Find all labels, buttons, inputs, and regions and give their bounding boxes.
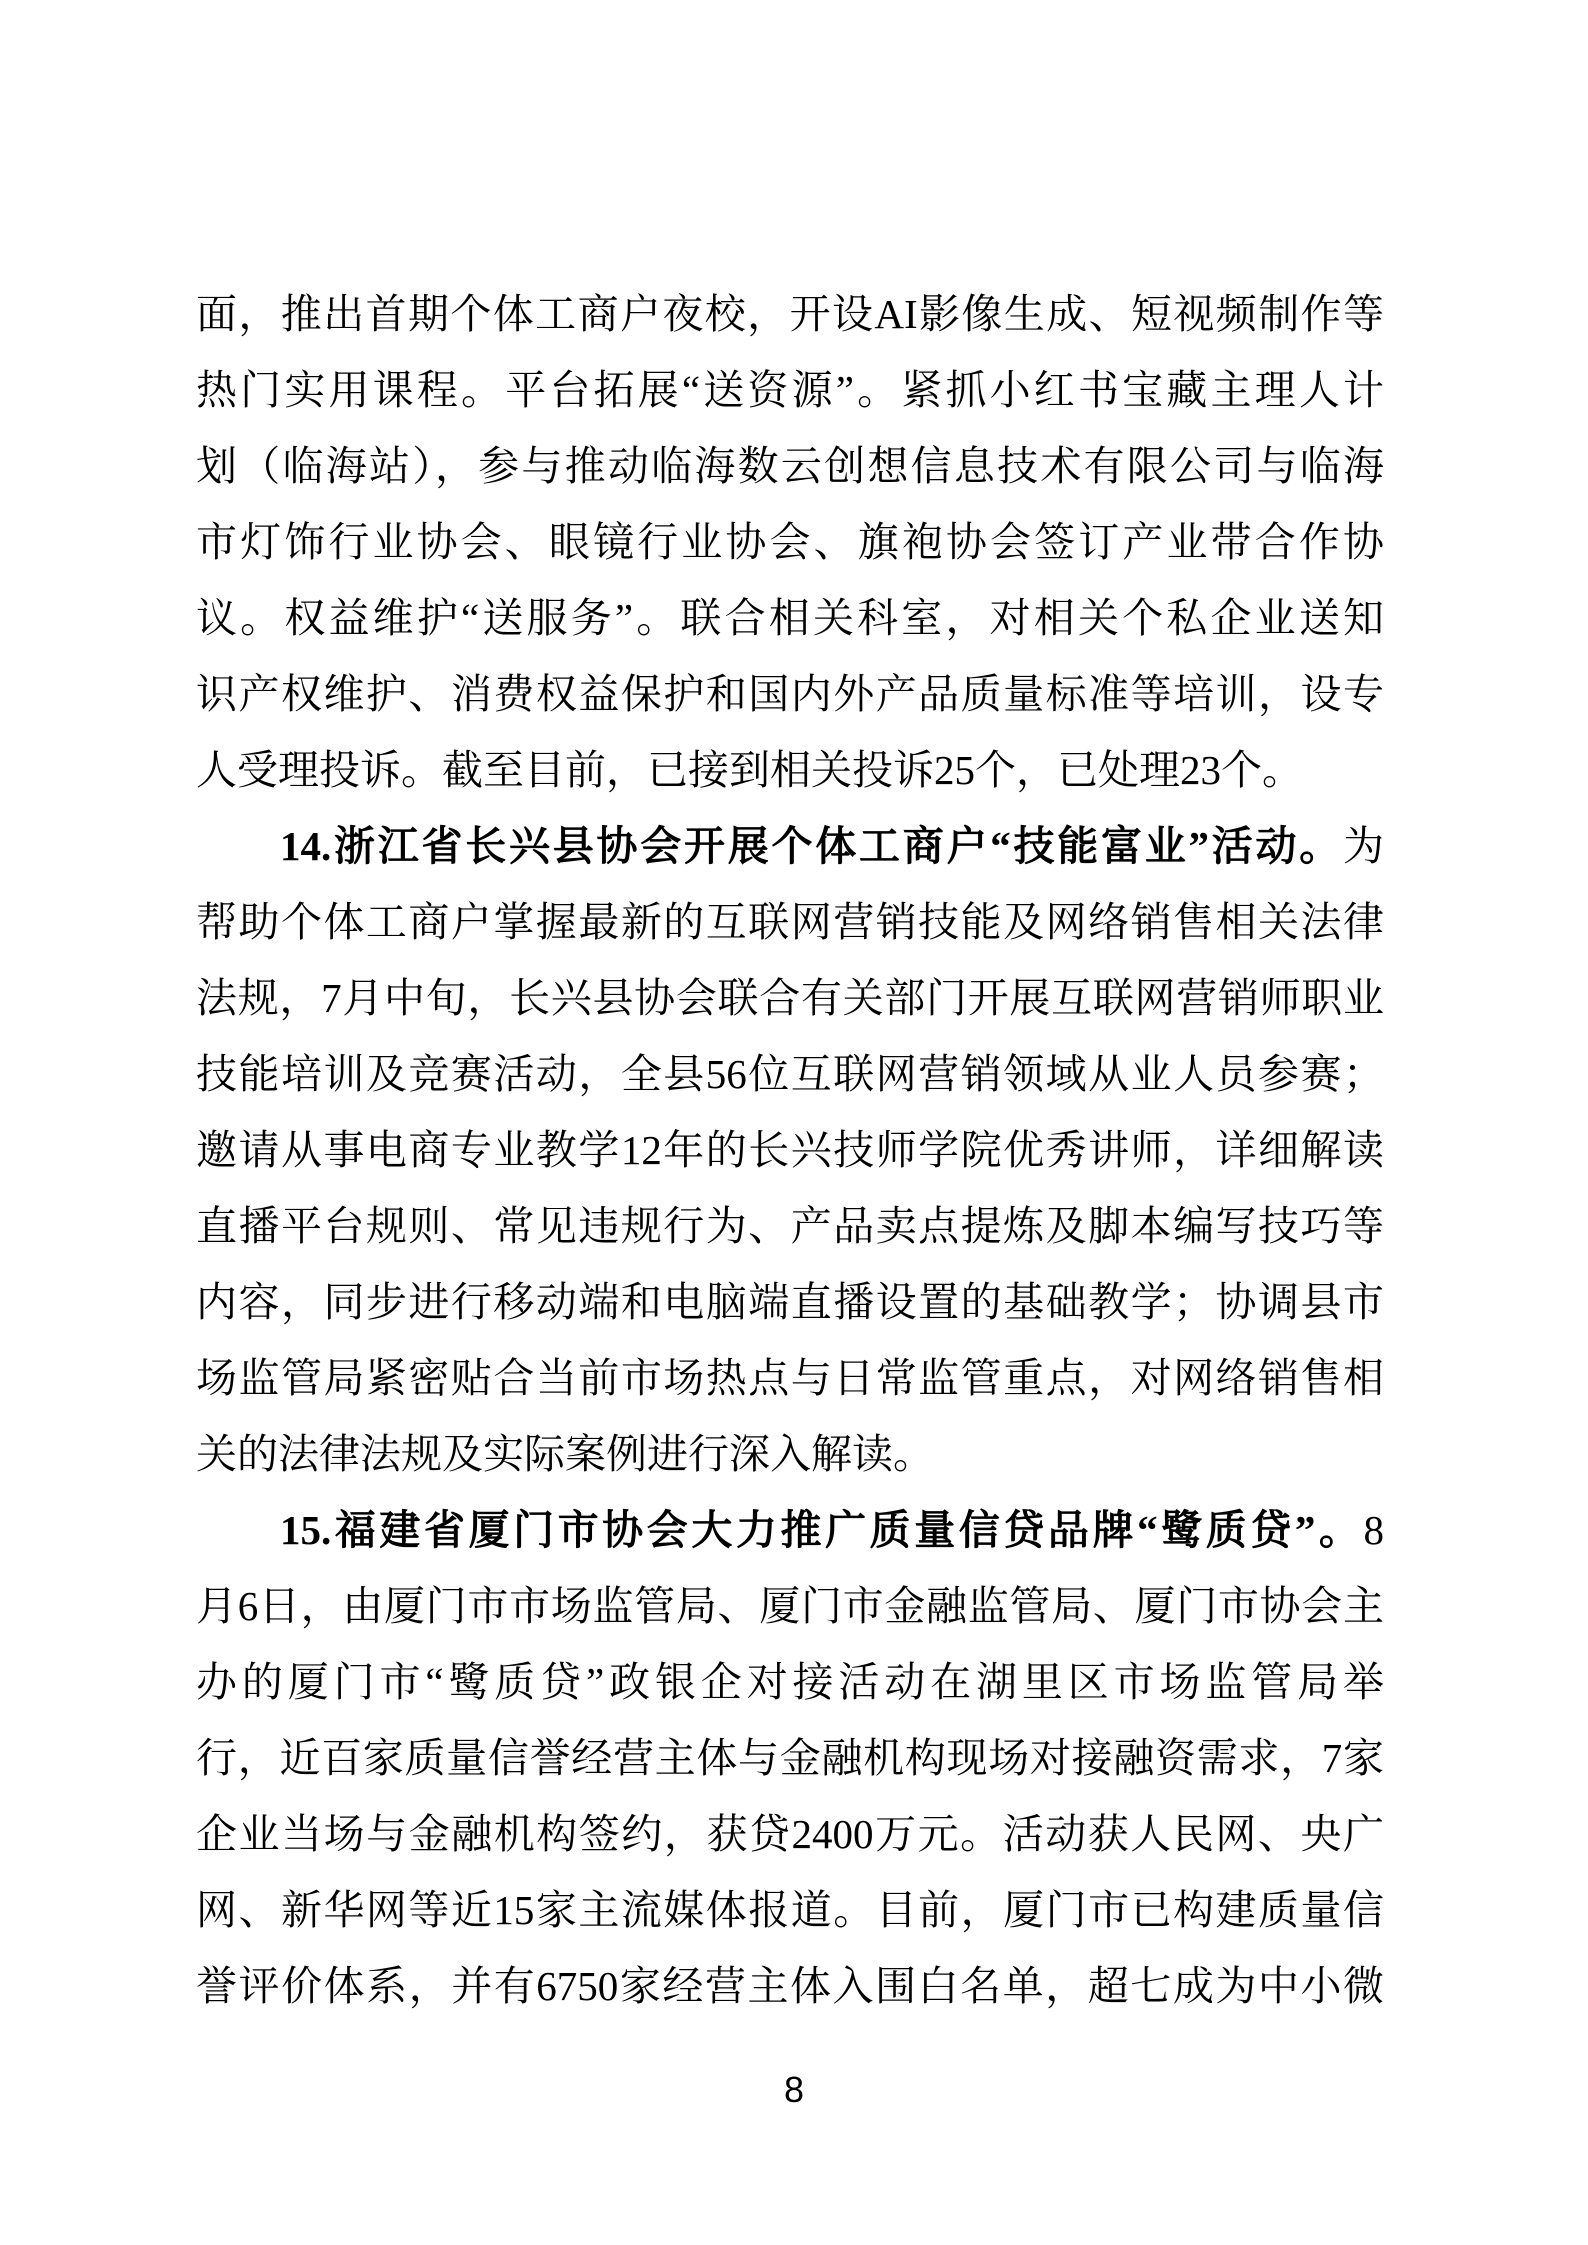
text-line: 月6日，由厦门市市场监管局、厦门市金融监管局、厦门市协会主 xyxy=(196,1568,1384,1644)
body-text: 月6日，由厦门市市场监管局、厦门市金融监管局、厦门市协会主 xyxy=(196,1583,1384,1629)
document-body: 面，推出首期个体工商户夜校，开设AI影像生成、短视频制作等热门实用课程。平台拓展… xyxy=(196,276,1384,2024)
body-text: 场监管局紧密贴合当前市场热点与日常监管重点，对网络销售相 xyxy=(196,1355,1384,1401)
heading-text: 14.浙江省长兴县协会开展个体工商户“技能富业”活动。 xyxy=(280,823,1343,869)
text-line: 誉评价体系，并有6750家经营主体入围白名单，超七成为中小微 xyxy=(196,1948,1384,2024)
text-line: 邀请从事电商专业教学12年的长兴技师学院优秀讲师，详细解读 xyxy=(196,1112,1384,1188)
body-text: 行，近百家质量信誉经营主体与金融机构现场对接融资需求，7家 xyxy=(196,1735,1384,1781)
text-line: 企业当场与金融机构签约，获贷2400万元。活动获人民网、央广 xyxy=(196,1796,1384,1872)
body-text: 企业当场与金融机构签约，获贷2400万元。活动获人民网、央广 xyxy=(196,1811,1384,1857)
body-text: 热门实用课程。平台拓展“送资源”。紧抓小红书宝藏主理人计 xyxy=(196,367,1384,413)
body-text: 关的法律法规及实际案例进行深入解读。 xyxy=(196,1431,934,1477)
body-text: 办的厦门市“鹭质贷”政银企对接活动在湖里区市场监管局举 xyxy=(196,1659,1384,1705)
text-line: 直播平台规则、常见违规行为、产品卖点提炼及脚本编写技巧等 xyxy=(196,1188,1384,1264)
body-text: 8 xyxy=(1364,1507,1385,1553)
body-text: 技能培训及竞赛活动，全县56位互联网营销领域从业人员参赛； xyxy=(196,1051,1384,1097)
text-line: 面，推出首期个体工商户夜校，开设AI影像生成、短视频制作等 xyxy=(196,276,1384,352)
body-text: 直播平台规则、常见违规行为、产品卖点提炼及脚本编写技巧等 xyxy=(196,1203,1384,1249)
text-line: 内容，同步进行移动端和电脑端直播设置的基础教学；协调县市 xyxy=(196,1264,1384,1340)
section-heading-line: 14.浙江省长兴县协会开展个体工商户“技能富业”活动。为 xyxy=(196,808,1384,884)
text-line: 办的厦门市“鹭质贷”政银企对接活动在湖里区市场监管局举 xyxy=(196,1644,1384,1720)
text-line: 人受理投诉。截至目前，已接到相关投诉25个，已处理23个。 xyxy=(196,732,1384,808)
body-text: 网、新华网等近15家主流媒体报道。目前，厦门市已构建质量信 xyxy=(196,1887,1384,1933)
text-line: 帮助个体工商户掌握最新的互联网营销技能及网络销售相关法律 xyxy=(196,884,1384,960)
section-heading-line: 15.福建省厦门市协会大力推广质量信贷品牌“鹭质贷”。8 xyxy=(196,1492,1384,1568)
page-number: 8 xyxy=(0,2068,1588,2112)
text-line: 关的法律法规及实际案例进行深入解读。 xyxy=(196,1416,1384,1492)
text-line: 行，近百家质量信誉经营主体与金融机构现场对接融资需求，7家 xyxy=(196,1720,1384,1796)
text-line: 市灯饰行业协会、眼镜行业协会、旗袍协会签订产业带合作协 xyxy=(196,504,1384,580)
body-text: 议。权益维护“送服务”。联合相关科室，对相关个私企业送知 xyxy=(196,595,1384,641)
text-line: 场监管局紧密贴合当前市场热点与日常监管重点，对网络销售相 xyxy=(196,1340,1384,1416)
text-line: 技能培训及竞赛活动，全县56位互联网营销领域从业人员参赛； xyxy=(196,1036,1384,1112)
body-text: 法规，7月中旬，长兴县协会联合有关部门开展互联网营销师职业 xyxy=(196,975,1384,1021)
body-text: 内容，同步进行移动端和电脑端直播设置的基础教学；协调县市 xyxy=(196,1279,1384,1325)
text-line: 热门实用课程。平台拓展“送资源”。紧抓小红书宝藏主理人计 xyxy=(196,352,1384,428)
body-text: 划（临海站），参与推动临海数云创想信息技术有限公司与临海 xyxy=(196,443,1384,489)
text-line: 网、新华网等近15家主流媒体报道。目前，厦门市已构建质量信 xyxy=(196,1872,1384,1948)
body-text: 帮助个体工商户掌握最新的互联网营销技能及网络销售相关法律 xyxy=(196,899,1384,945)
text-line: 识产权维护、消费权益保护和国内外产品质量标准等培训，设专 xyxy=(196,656,1384,732)
text-line: 议。权益维护“送服务”。联合相关科室，对相关个私企业送知 xyxy=(196,580,1384,656)
body-text: 面，推出首期个体工商户夜校，开设AI影像生成、短视频制作等 xyxy=(196,291,1384,337)
text-line: 法规，7月中旬，长兴县协会联合有关部门开展互联网营销师职业 xyxy=(196,960,1384,1036)
body-text: 邀请从事电商专业教学12年的长兴技师学院优秀讲师，详细解读 xyxy=(196,1127,1384,1173)
body-text: 为 xyxy=(1343,823,1384,869)
body-text: 誉评价体系，并有6750家经营主体入围白名单，超七成为中小微 xyxy=(196,1963,1384,2009)
body-text: 人受理投诉。截至目前，已接到相关投诉25个，已处理23个。 xyxy=(196,747,1303,793)
text-line: 划（临海站），参与推动临海数云创想信息技术有限公司与临海 xyxy=(196,428,1384,504)
body-text: 识产权维护、消费权益保护和国内外产品质量标准等培训，设专 xyxy=(196,671,1384,717)
heading-text: 15.福建省厦门市协会大力推广质量信贷品牌“鹭质贷”。 xyxy=(280,1507,1364,1553)
body-text: 市灯饰行业协会、眼镜行业协会、旗袍协会签订产业带合作协 xyxy=(196,519,1384,565)
document-page: 面，推出首期个体工商户夜校，开设AI影像生成、短视频制作等热门实用课程。平台拓展… xyxy=(0,0,1588,2245)
